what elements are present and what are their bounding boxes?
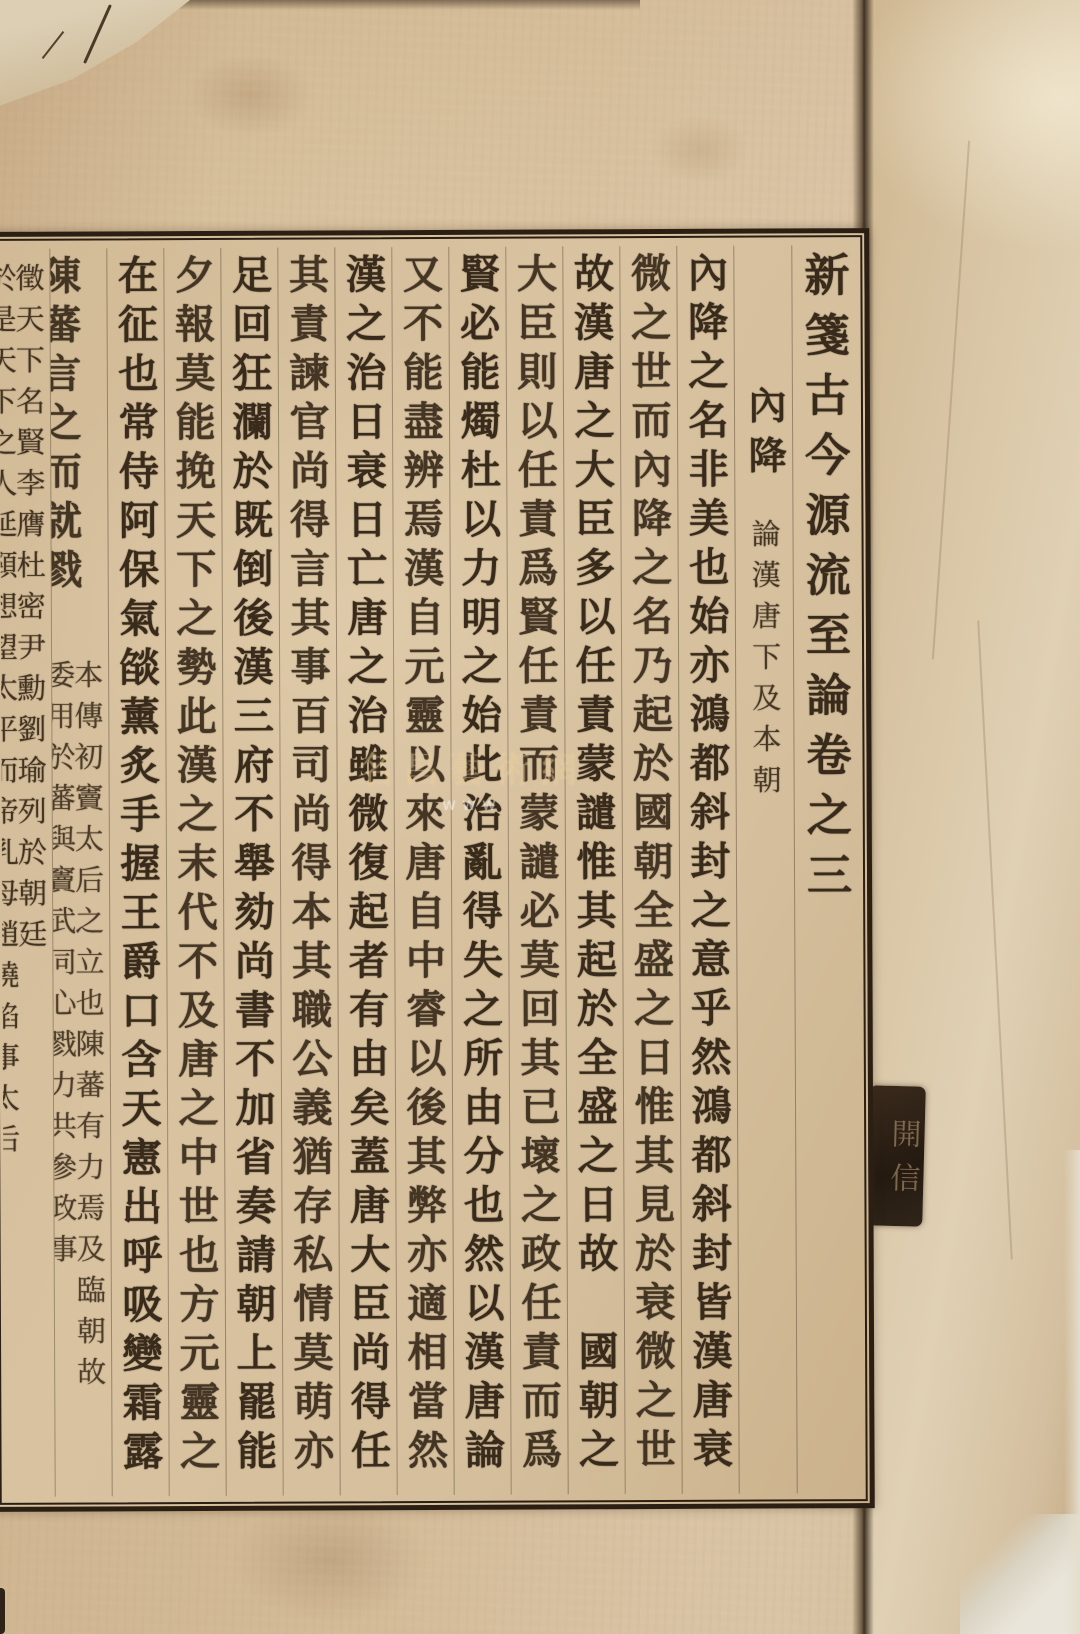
book-title: 新箋古今源流至論卷之三 — [796, 251, 852, 911]
column-12-main-text: 陳蕃言之而就戮 — [49, 255, 83, 598]
collector-seal: 開信 — [866, 1085, 926, 1226]
scanned-book-photo: { "book": { "title": "新箋古今源流至論卷之三", "sec… — [0, 0, 1080, 1634]
paper-crease — [977, 620, 1012, 1259]
text-column-6: 又不能盡辨焉漢自元靈以來唐自中睿以後其弊亦適相當然 — [391, 247, 453, 1495]
text-column-12: 陳蕃言之而就戮 本傳初竇太后之立也陳蕃有力焉及臨朝故 委用於蕃與竇武同心戮力共參… — [49, 248, 111, 1496]
section-header: 內降 — [742, 385, 787, 485]
section-subheader: 論漢唐下及本朝 — [747, 518, 782, 805]
commentary-column: 徵天下名賢李膺杜密尹勳劉瑜列於朝廷 於是天下之人延頸想望太平而帝乳母趙嬈諂事太后 — [0, 249, 55, 1497]
text-column-4: 大臣則以任責爲賢任責而蒙譴必莫回其已壞之政任責而爲 — [505, 246, 567, 1494]
interlinear-note: 本傳初竇太后之立也陳蕃有力焉及臨朝故 委用於蕃與竇武同心戮力共參政事 — [52, 659, 111, 1397]
left-edge-tear — [0, 1588, 5, 1634]
paper-crease — [932, 141, 970, 660]
page-edge-highlight — [1064, 1150, 1080, 1634]
text-column-1: 內降之名非美也始亦鴻都斜封之意乎然鴻都斜封皆漢唐衰 — [676, 246, 738, 1494]
note-left-line: 於是天下之人延頸想望太平而帝乳母趙嬈諂事太后 — [0, 263, 25, 1165]
section-heading-column: 內降 論漢唐下及本朝 — [733, 245, 796, 1493]
seal-text: 開信 — [884, 1118, 921, 1207]
printed-text-block-border: 新箋古今源流至論卷之三 內降 論漢唐下及本朝 內降之名非美也始亦鴻都斜封之意乎然… — [0, 228, 875, 1512]
torn-corner-top-left — [0, 0, 190, 110]
text-column-3: 故漢唐之大臣多以任責蒙譴惟其起於全盛之日故 國朝之 — [562, 246, 624, 1494]
text-column-5: 賢必能燭杜以力明之始此治亂得失之所由分也然以漢唐論之 — [448, 247, 510, 1495]
blank-facing-page — [866, 0, 1080, 1634]
note-right-line: 徵天下名賢李膺杜密尹勳劉瑜列於朝廷 — [21, 263, 53, 1165]
text-column-11: 在征也常侍阿保氣燄薰炙手握王爵口含天憲出呼吸變霜露 — [106, 248, 168, 1496]
printed-text-block: 新箋古今源流至論卷之三 內降 論漢唐下及本朝 內降之名非美也始亦鴻都斜封之意乎然… — [0, 235, 868, 1505]
text-column-9: 足回狂瀾於既倒後漢三府不舉劾尚書不加省奏請朝上罷能譴 — [220, 248, 282, 1496]
text-column-8: 其責諫官尚得言其事百司尚得本其職公義猶存私情莫萌亦 — [277, 247, 339, 1495]
interlinear-note: 徵天下名賢李膺杜密尹勳劉瑜列於朝廷 於是天下之人延頸想望太平而帝乳母趙嬈諂事太后 — [0, 263, 53, 1165]
backing-page-corner — [960, 1514, 1080, 1634]
text-column-7: 漢之治日衰日亡唐之治雖微復起者有由矣蓋唐大臣尚得任 — [334, 247, 396, 1495]
note-right-line: 本傳初竇太后之立也陳蕃有力焉及臨朝故 — [80, 659, 111, 1397]
text-column-2: 微之世而內降之名乃起於國朝全盛之日惟其見於衰微之世 — [619, 246, 681, 1494]
book-title-column: 新箋古今源流至論卷之三 — [791, 245, 860, 1493]
text-column-10: 夕報莫能挽天下之勢此漢之末代不及唐之中世也方元靈之 — [163, 248, 225, 1496]
note-left-line: 委用於蕃與竇武同心戮力共參政事 — [52, 660, 83, 1398]
